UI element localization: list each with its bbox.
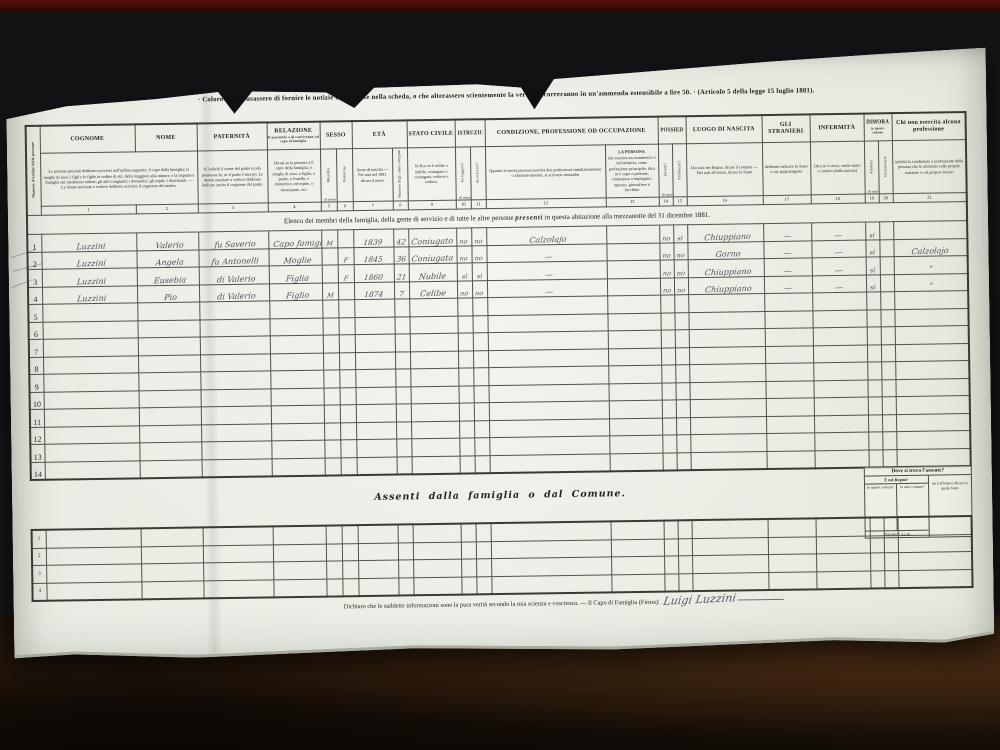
cell-relazione: Capo famiglia — [268, 230, 321, 248]
cell-relazione — [270, 370, 323, 388]
handwritten-value: Luzzini — [76, 259, 106, 269]
cell-scrive — [476, 541, 491, 559]
cell-f — [340, 440, 356, 458]
col-header-paternita: PATERNITÀ — [197, 122, 267, 151]
cell-cond — [491, 539, 611, 558]
desc-fabbricati: Fabbricati? — [672, 144, 687, 197]
handwritten-value: 1874 — [364, 290, 384, 300]
cell-m — [322, 300, 338, 318]
cell-paternita: di Valerio — [199, 283, 269, 302]
cell-anno: 1860 — [354, 264, 394, 282]
cell-paternita — [201, 388, 271, 407]
cell-nome: Pio — [137, 284, 199, 302]
cell-terr — [662, 400, 676, 418]
cell-nome — [139, 424, 201, 442]
cell-nome — [140, 459, 202, 478]
cell-cognome — [46, 546, 141, 565]
cell-fabb: no — [674, 260, 688, 278]
cell-relazione: Figlio — [269, 283, 322, 301]
cell-cognome — [46, 581, 141, 600]
handwritten-value: Coniugata — [411, 253, 454, 263]
cell-infer: — — [811, 222, 865, 240]
cell-f — [337, 230, 353, 248]
desc-anni-compiuti: Numero degli anni compiuti — [392, 148, 408, 201]
cell-nome — [138, 372, 200, 390]
handwritten-value: M — [326, 239, 334, 247]
column-number: 5 — [321, 202, 337, 211]
cell-stran: — — [763, 240, 811, 258]
handwritten-value: 36 — [396, 254, 407, 263]
cell-pers — [608, 348, 661, 366]
cell-terr — [664, 573, 678, 591]
cell-paternita — [203, 544, 273, 563]
desc-sa-scrivere: Sa scrivere? — [470, 147, 486, 200]
cell-legge — [459, 438, 474, 456]
cell-terr — [664, 520, 678, 538]
handwritten-value: — — [783, 231, 792, 240]
cell-stato — [412, 456, 460, 475]
cell-scrive — [474, 438, 489, 456]
cell-luogo — [688, 294, 764, 313]
cell-m — [322, 265, 338, 283]
cell-infer — [813, 380, 867, 398]
cell-relazione: Figlia — [269, 265, 322, 283]
cell-terr: no — [660, 277, 674, 295]
cell-stran — [765, 363, 813, 381]
cell-pers — [606, 225, 659, 243]
row-number: 2 — [27, 252, 41, 270]
handwritten-value: — — [834, 248, 843, 257]
handwritten-value: no — [662, 251, 671, 259]
row-number: 6 — [29, 322, 43, 340]
background-top-strip — [0, 0, 1000, 11]
cell-nome — [139, 407, 201, 425]
cell-abit — [868, 432, 882, 450]
cell-cond — [488, 366, 608, 385]
cell-fabb — [675, 365, 689, 383]
cell-m: M — [321, 230, 337, 248]
cell-paternita — [200, 353, 270, 372]
cell-abit — [868, 414, 882, 432]
cell-luogo — [689, 364, 765, 383]
cell-anni — [396, 439, 411, 457]
cell-anno — [354, 299, 394, 317]
desc-stato-civile: Si dica se è celibe o nubile, coniugato … — [407, 147, 456, 201]
handwritten-value: ” — [928, 264, 933, 273]
handwritten-value: Valerio — [155, 240, 184, 250]
handwritten-value: di Valerio — [216, 291, 256, 301]
cell-anno: 1874 — [354, 282, 394, 300]
cell-scrive — [473, 333, 488, 351]
handwritten-value: no — [677, 286, 686, 294]
handwritten-value: Figlia — [285, 273, 309, 283]
cell-cond — [488, 331, 608, 350]
cell-m — [325, 457, 341, 475]
cell-chinon — [895, 343, 969, 362]
cell-fabb — [676, 435, 690, 453]
cell-luogo — [692, 572, 768, 591]
cell-scrive — [476, 523, 491, 541]
cell-pers — [611, 539, 664, 557]
cell-abit — [866, 309, 880, 327]
cell-infer — [812, 310, 866, 328]
cell-stato — [409, 316, 457, 334]
handwritten-value: no — [460, 289, 469, 297]
desc-dimora-occasionale: Occasionale — [878, 141, 893, 194]
cell-terr — [662, 435, 676, 453]
cell-chinon — [898, 569, 972, 588]
cell-m — [323, 370, 339, 388]
cell-occ — [881, 327, 895, 345]
cell-chinon — [894, 291, 968, 310]
cell-cognome — [42, 303, 137, 322]
cell-terr: no — [659, 242, 673, 260]
cell-legge: no — [456, 228, 471, 246]
cell-chinon: ” — [894, 273, 968, 292]
cell-fabb — [678, 538, 692, 556]
cell-stato — [413, 559, 461, 577]
row-number: 5 — [28, 304, 42, 322]
cell-luogo: Chiuppiano — [688, 276, 764, 295]
cell-scrive: no — [471, 245, 486, 263]
cell-stran — [768, 571, 816, 590]
cell-anni — [395, 369, 410, 387]
cell-terr — [660, 312, 674, 330]
cell-cognome — [43, 355, 138, 374]
cell-nome — [138, 354, 200, 372]
cell-scrive: sì — [472, 263, 487, 281]
cell-cond — [489, 418, 609, 437]
row-number: 1 — [32, 530, 46, 548]
handwritten-value: Luzzini — [76, 241, 106, 251]
cell-luogo — [689, 346, 765, 365]
cell-pers — [607, 260, 660, 278]
cell-stato: Coniugato — [408, 228, 456, 246]
handwritten-value: sì — [870, 283, 876, 291]
cell-terr — [661, 330, 675, 348]
desc-condizione-12: Quando la stessa persona esercita due pr… — [485, 145, 606, 200]
desc-dimora-abituale: Abituale(Si risponda: sì, o no) — [864, 141, 879, 194]
cell-legge — [457, 315, 472, 333]
cell-infer — [814, 415, 868, 433]
cell-f — [338, 282, 354, 300]
cell-nome — [141, 545, 203, 563]
cell-cond: Calzolajo — [486, 226, 606, 245]
cell-fabb — [674, 295, 688, 313]
handwritten-value: Eusebia — [153, 275, 186, 285]
cell-chinon — [893, 221, 967, 240]
cell-chinon — [898, 552, 972, 571]
cell-terr — [663, 452, 677, 470]
desc-sesso-femmina: Femmina — [336, 149, 353, 202]
cell-stran — [765, 328, 813, 346]
cell-terr — [661, 365, 675, 383]
cell-anno — [358, 543, 398, 561]
handwritten-value: Figlio — [286, 291, 310, 301]
cell-abit — [866, 292, 880, 310]
cell-stran — [765, 380, 813, 398]
cell-chinon — [896, 396, 970, 415]
cell-cond — [491, 574, 611, 594]
col-header-condizione: CONDIZIONE, PROFESSIONE OD OCCUPAZIONE — [485, 117, 658, 147]
cell-occ — [884, 553, 898, 571]
handwritten-value: Chiuppiano — [704, 284, 752, 295]
cell-paternita — [201, 406, 271, 425]
cell-pers — [611, 521, 664, 540]
cell-infer — [814, 432, 868, 450]
cell-pers — [606, 243, 659, 261]
desc-infermita: Dica se è cieco, sordo-muto o cretino (d… — [810, 141, 865, 195]
handwritten-value: no — [459, 237, 468, 245]
cell-cond: — — [487, 261, 607, 280]
handwritten-value: Moglie — [283, 256, 312, 266]
cell-anno: 1839 — [353, 229, 393, 247]
handwritten-value: M — [326, 291, 334, 299]
cell-stato — [411, 403, 459, 421]
presenti-emphasis: presenti — [515, 213, 543, 221]
cell-abit: sì — [866, 274, 880, 292]
cell-luogo: Chiuppiano — [687, 224, 763, 243]
handwritten-value: — — [784, 284, 793, 293]
cell-chinon — [896, 431, 970, 450]
cell-stran — [766, 433, 814, 451]
assenti-section-title: Assenti dalla famiglia o dal Comune. — [30, 483, 970, 508]
cell-stato: Coniugata — [408, 246, 456, 264]
handwritten-value: no — [475, 289, 484, 297]
cell-pers — [610, 453, 663, 472]
cell-anno — [356, 422, 396, 440]
row-number: 9 — [29, 374, 43, 392]
cell-fabb — [676, 400, 690, 418]
handwritten-value: no — [676, 251, 685, 259]
handwritten-value: sì — [870, 266, 876, 274]
col-header-relazione: RELAZIONEdi parentela o di convivenza co… — [267, 122, 320, 150]
cell-scrive — [474, 420, 489, 438]
col-header-chi-non-esercita: Chi non esercita alcuna professione — [892, 112, 966, 141]
cell-m — [324, 405, 340, 423]
cell-terr: no — [659, 225, 673, 243]
handwritten-value: — — [544, 270, 553, 279]
cell-nome — [141, 580, 203, 599]
cell-paternita — [203, 526, 273, 545]
handwritten-value: no — [676, 269, 685, 277]
cell-pers — [608, 383, 661, 401]
cell-anni — [397, 456, 412, 474]
cell-abit — [869, 517, 883, 535]
cell-fabb: no — [674, 277, 688, 295]
cell-m: M — [322, 282, 338, 300]
handwritten-value: Capo famiglia — [272, 238, 321, 249]
handwritten-value: Coniugato — [411, 236, 454, 246]
cell-f — [342, 561, 358, 579]
handwritten-value: Chiuppiano — [704, 266, 752, 277]
cell-pers — [609, 418, 662, 436]
sesso-m-note: (Si indichi con un M) — [323, 198, 337, 202]
cell-cond — [489, 436, 609, 455]
cell-relazione — [269, 300, 322, 318]
cell-pers — [608, 330, 661, 348]
table-header: Numero d'ordine delle persone COGNOME NO… — [26, 112, 968, 234]
cell-cond — [489, 401, 609, 420]
cell-anno: 1845 — [353, 247, 393, 265]
cell-stran — [766, 450, 814, 469]
row-number: 2 — [32, 548, 46, 566]
cell-cognome — [43, 320, 138, 339]
column-number: 15 — [673, 197, 687, 206]
row-number: 12 — [30, 427, 44, 445]
cell-nome — [139, 442, 201, 460]
cell-cond — [487, 296, 607, 315]
cell-f — [339, 352, 355, 370]
cell-nome: Valerio — [136, 232, 198, 250]
cell-luogo — [690, 416, 766, 435]
cell-terr: no — [660, 260, 674, 278]
cell-m — [326, 578, 342, 596]
column-number: 10 — [456, 200, 471, 209]
cell-relazione — [270, 335, 323, 353]
cell-abit: sì — [865, 222, 879, 240]
cell-fabb — [678, 556, 692, 574]
handwritten-value: Angela — [155, 257, 184, 267]
cell-scrive — [476, 559, 491, 577]
cell-infer — [816, 518, 870, 537]
handwritten-value: — — [783, 249, 792, 258]
cell-occ — [882, 432, 896, 450]
cell-m — [324, 387, 340, 405]
cell-luogo: Gorno — [687, 241, 763, 260]
col-header-nome: NOME — [135, 123, 197, 151]
cell-f — [340, 387, 356, 405]
cell-cognome — [43, 338, 138, 357]
handwritten-value: no — [662, 269, 671, 277]
cell-relazione — [273, 561, 326, 579]
cell-f — [340, 422, 356, 440]
cell-anno — [354, 317, 394, 335]
column-number: 20 — [879, 194, 893, 203]
col-header-infermita: INFERMITÀ — [810, 114, 864, 142]
row-number: 1 — [27, 234, 41, 252]
cell-fabb: no — [673, 242, 687, 260]
cell-abit — [870, 535, 884, 553]
row-number: 11 — [30, 409, 44, 427]
cell-anni — [394, 299, 409, 317]
cell-cond: — — [486, 243, 606, 262]
cell-stato — [411, 438, 459, 456]
cell-f — [342, 578, 358, 596]
cell-anni — [396, 421, 411, 439]
handwritten-value: ” — [928, 282, 933, 291]
cell-paternita: fu Antonelli — [198, 248, 268, 267]
cell-cond — [490, 453, 610, 473]
cell-anno — [357, 457, 397, 476]
handwritten-value: sì — [461, 272, 467, 280]
col-header-stato-civile: STATO CIVILE — [407, 120, 455, 148]
cell-abit — [867, 379, 881, 397]
column-number: 8 — [393, 201, 408, 210]
cell-fabb — [675, 330, 689, 348]
cell-cognome — [43, 373, 138, 392]
cell-scrive — [476, 576, 491, 594]
cell-legge — [459, 403, 474, 421]
cell-stran — [765, 345, 813, 363]
col-header-dimora: DIMORAin questo comune — [866, 113, 890, 141]
cell-f: F — [337, 247, 353, 265]
cell-terr — [664, 538, 678, 556]
handwritten-value: — — [834, 230, 843, 239]
cell-legge — [461, 523, 476, 541]
cell-anni — [395, 351, 410, 369]
cell-chinon: Calzolajo — [893, 238, 967, 257]
cell-occ — [880, 292, 894, 310]
cell-anni — [398, 524, 413, 542]
cell-cond — [491, 521, 611, 541]
cell-stato — [413, 542, 461, 560]
cell-chinon — [894, 308, 968, 327]
cell-cond — [491, 557, 611, 576]
cell-fabb — [678, 520, 692, 538]
handwritten-value: no — [460, 254, 469, 262]
cell-anno — [358, 560, 398, 578]
relazione-subtitle: di parentela o di convivenza col capo di… — [267, 136, 319, 145]
handwritten-value: — — [834, 265, 843, 274]
cell-f — [339, 370, 355, 388]
desc-condizione-13: LA PERSONAche esercita un commercio o un… — [605, 144, 659, 198]
cell-anni — [398, 560, 413, 578]
cell-occ — [884, 570, 898, 588]
handwritten-value: no — [663, 286, 672, 294]
cell-anno — [356, 439, 396, 457]
handwritten-value: sì — [869, 248, 875, 256]
cell-nome — [137, 319, 199, 337]
cell-nome — [139, 389, 201, 407]
cell-infer: — — [812, 275, 866, 293]
cell-paternita — [202, 458, 272, 477]
handwritten-value: Gorno — [715, 249, 741, 259]
handwritten-value: 1860 — [364, 272, 384, 282]
cell-nome: Eusebia — [137, 267, 199, 285]
cell-abit — [868, 397, 882, 415]
desc-cognome-nome: Le persone presenti debbono scriversi ne… — [40, 151, 198, 206]
handwritten-value: fu Antonelli — [212, 256, 260, 267]
cell-stato — [410, 333, 458, 351]
cell-nome: Angela — [136, 249, 198, 267]
row-number: 14 — [31, 462, 45, 480]
handwritten-value: — — [835, 283, 844, 292]
cell-abit: sì — [866, 257, 880, 275]
cell-m — [324, 422, 340, 440]
desc-relazione: Dicasi se la persona è il capo della fam… — [267, 149, 321, 203]
cell-luogo — [691, 451, 767, 470]
cell-occ — [881, 362, 895, 380]
cell-anni — [398, 577, 413, 595]
assenti-rows: 1234 — [32, 516, 973, 601]
cell-legge — [460, 455, 475, 473]
cell-infer — [816, 571, 870, 590]
desc-chi-non-esercita: indichi la condizione o professione dell… — [892, 140, 967, 194]
cell-cognome: Luzzini — [41, 233, 136, 252]
cell-relazione — [273, 579, 326, 598]
cell-scrive — [473, 350, 488, 368]
cell-occ — [880, 274, 894, 292]
cell-infer — [813, 362, 867, 380]
cell-anni — [396, 404, 411, 422]
cell-paternita — [201, 423, 271, 442]
dimora-subtitle: in questo comune — [866, 127, 889, 135]
row-number: 4 — [32, 583, 46, 601]
cell-legge: no — [456, 245, 471, 263]
cell-legge — [461, 559, 476, 577]
cell-cognome — [45, 460, 140, 479]
